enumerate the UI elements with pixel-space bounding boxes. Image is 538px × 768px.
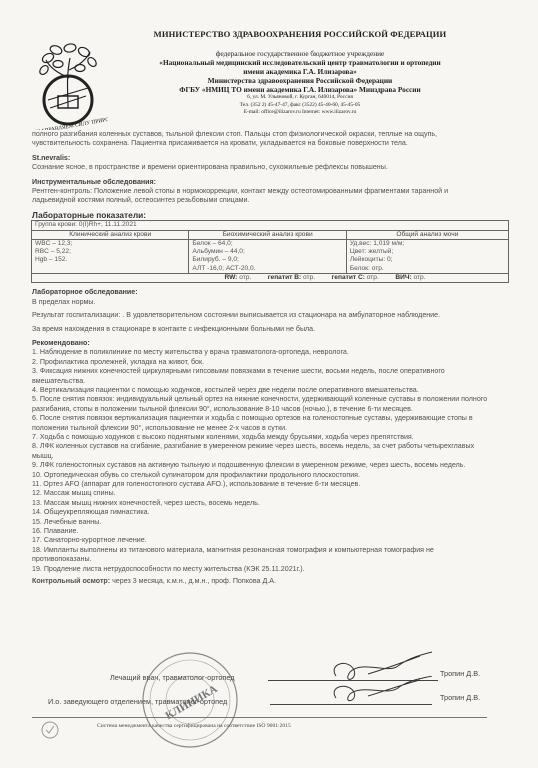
control-exam-text: через 3 месяца, к.м.н., д.м.н., проф. По… <box>112 577 276 585</box>
hepatitis-c-label: гепатит С: <box>332 274 365 281</box>
hospitalization-result: Результат госпитализации: . В удовлетвор… <box>32 311 492 320</box>
ministry-subtitle: Министерства здравоохранения Российской … <box>110 76 490 85</box>
clinic-stamp-icon: КЛИНИКА <box>140 650 240 750</box>
lab-title: Лабораторные показатели: <box>32 211 492 220</box>
institution-name-cont: имени академика Г.А. Илизарова» <box>110 67 490 76</box>
leukocytes-value: Лейкоциты: 0; <box>350 256 505 264</box>
control-exam: Контрольный осмотр: через 3 месяца, к.м.… <box>32 577 492 586</box>
department-head-name: Тропин Д.В. <box>440 693 480 702</box>
recommendation-item: 18. Импланты выполнены из титанового мат… <box>32 546 492 565</box>
alt-ast-value: АЛТ -16,0; АСТ-20,0. <box>192 265 342 273</box>
discharge-summary-body: полного разгибания коленных суставов, ты… <box>32 130 492 587</box>
wbc-value: WBC – 12,3; <box>35 240 185 248</box>
institution-type: федеральное государственное бюджетное уч… <box>110 49 490 58</box>
protein-value: Белок – 64,0; <box>192 240 342 248</box>
infection-contact-note: За время нахождения в стационаре в конта… <box>32 325 492 334</box>
recommendation-item: 15. Лечебные ванны. <box>32 518 492 527</box>
lab-exam-text: В пределах нормы. <box>32 298 492 307</box>
recommendation-item: 14. Общеукрепляющая гимнастика. <box>32 508 492 517</box>
recommendation-item: 12. Массаж мышц спины. <box>32 489 492 498</box>
lab-results-table: Группа крови: 0(I)Rh+, 11.11.2021 Клинич… <box>31 220 509 283</box>
rbc-value: RBC – 5,22; <box>35 248 185 256</box>
recommendation-item: 9. ЛФК голеностопных суставов на активну… <box>32 461 492 470</box>
urine-protein-value: Белок: отр. <box>350 265 505 273</box>
hiv-label: ВИЧ: <box>395 274 411 281</box>
attending-physician-name: Тропин Д.В. <box>440 669 480 678</box>
bilirubin-value: Билируб. – 9,0; <box>192 256 342 264</box>
iso-certification-icon <box>40 720 60 740</box>
recommendation-item: 4. Вертикализация пациентки с помощью хо… <box>32 386 492 395</box>
st-nevralis-text: Сознание ясное, в пространстве и времени… <box>32 163 492 172</box>
recommendation-item: 16. Плавание. <box>32 527 492 536</box>
st-nevralis-title: St.nevralis: <box>32 154 492 163</box>
infection-tests: RW: отр. гепатит В: отр. гепатит С: отр.… <box>32 274 509 283</box>
recommendation-item: 11. Ортез AFO (аппарат для голеностопног… <box>32 480 492 489</box>
recommendations-title: Рекомендовано: <box>32 339 492 348</box>
recommendation-item: 5. После снятия повязок: индивидуальный … <box>32 395 492 414</box>
specific-gravity-value: Уд.вес: 1,019 м/м; <box>350 240 505 248</box>
biochem-values: Белок – 64,0; Альбумин – 44,0; Билируб. … <box>189 239 346 273</box>
instrumental-title: Инструментальные обследования: <box>32 178 492 187</box>
institution-block: федеральное государственное бюджетное уч… <box>110 49 490 116</box>
urine-values: Уд.вес: 1,019 м/м; Цвет: желтый; Лейкоци… <box>346 239 508 273</box>
col-urine-header: Общий анализ мочи <box>346 230 508 239</box>
lab-exam-title: Лабораторное обследование: <box>32 288 492 297</box>
recommendation-item: 13. Массаж мышц нижних конечностей, чере… <box>32 499 492 508</box>
hgb-value: Hgb – 152. <box>35 256 185 264</box>
hepatitis-c-value: отр. <box>367 274 379 281</box>
footer-divider <box>32 717 487 718</box>
iso-footer-text: Система менеджмента качества сертифициро… <box>97 723 291 729</box>
hepatitis-b-label: гепатит В: <box>268 274 301 281</box>
col-clinical-header: Клинический анализ крови <box>32 230 189 239</box>
rw-label: RW: <box>224 274 237 281</box>
recommendation-item: 2. Профилактика пролежней, укладка на жи… <box>32 358 492 367</box>
institution-phone: Тел. (352 2) 45-47-47, факс (3522) 45-40… <box>110 102 490 109</box>
hepatitis-b-value: отр. <box>303 274 315 281</box>
intro-text: полного разгибания коленных суставов, ты… <box>32 130 492 149</box>
instrumental-text: Рентген-контроль: Положение левой стопы … <box>32 187 492 206</box>
recommendation-item: 8. ЛФК коленных суставов на сгибание, ра… <box>32 442 492 461</box>
recommendation-item: 1. Наблюдение в поликлинике по месту жит… <box>32 348 492 357</box>
institution-address: 6, ул. М. Ульяновой, г. Курган, 640014, … <box>110 94 490 101</box>
ministry-title: МИНИСТЕРСТВО ЗДРАВООХРАНЕНИЯ РОССИЙСКОЙ … <box>110 29 490 39</box>
recommendation-item: 17. Санаторно-курортное лечение. <box>32 536 492 545</box>
recommendation-item: 10. Ортопедическая обувь со стелькой суп… <box>32 471 492 480</box>
recommendation-item: 3. Фиксация нижних конечностей циркулярн… <box>32 367 492 386</box>
recommendations-list: 1. Наблюдение в поликлинике по месту жит… <box>32 348 492 574</box>
institution-name: «Национальный медицинский исследовательс… <box>110 58 490 67</box>
signature-scribble-icon <box>328 676 438 706</box>
control-exam-label: Контрольный осмотр: <box>32 577 110 585</box>
letterhead: НАПРАВЛЯЕМ СИЛУ ПРИРОДЫ МИНИСТЕРСТВО ЗДР… <box>0 0 538 125</box>
blood-group: Группа крови: 0(I)Rh+, 11.11.2021 <box>32 221 509 230</box>
col-biochem-header: Биохимический анализ крови <box>189 230 346 239</box>
institution-logo-icon: НАПРАВЛЯЕМ СИЛУ ПРИРОДЫ <box>28 38 108 130</box>
hiv-value: отр. <box>414 274 426 281</box>
clinical-values: WBC – 12,3; RBC – 5,22; Hgb – 152. <box>32 239 189 273</box>
recommendation-item: 19. Продление листа нетрудоспособности п… <box>32 565 492 574</box>
institution-contacts: E-mail: office@ilizarov.ru Internet: www… <box>110 109 490 116</box>
rw-value: отр. <box>239 274 251 281</box>
recommendation-item: 6. После снятия повязок вертикализация п… <box>32 414 492 433</box>
recommendation-item: 7. Ходьба с помощью ходунков с высоко по… <box>32 433 492 442</box>
svg-text:НАПРАВЛЯЕМ СИЛУ ПРИРОДЫ: НАПРАВЛЯЕМ СИЛУ ПРИРОДЫ <box>36 115 108 130</box>
